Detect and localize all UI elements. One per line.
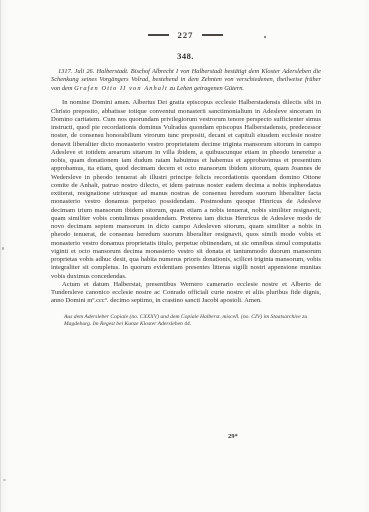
page-number: 227 [178,30,194,40]
charter-entry-number: 348. [1,51,369,61]
text-column: 1317. Juli 26. Halberstadt. Bischof Albr… [1,68,369,328]
regest-text-after: zu Lehen getragenen Gütern. [168,85,244,92]
page-number-rule-left [148,34,169,35]
regest-summary: 1317. Juli 26. Halberstadt. Bischof Albr… [51,68,321,93]
scan-ink-speck [264,36,266,38]
page-number-rule-right [202,34,223,35]
scanned-book-page: 227 348. 1317. Juli 26. Halberstadt. Bis… [0,0,369,512]
scan-edge-speck [3,479,6,481]
scan-edge-speck [2,247,4,250]
regest-emphasized-name: Grafen Otto II von Anhalt [74,85,168,92]
charter-body-paragraph: In nomine Domini amen. Albertus Dei grat… [51,99,321,281]
printer-signature-mark: 29* [228,433,238,440]
charter-datum-paragraph: Actum et datum Halberstat, presentibus W… [51,281,321,306]
page-header: 227 [1,0,369,40]
archival-source-note: Aus dem Adersleber Copiale (no. CXXXV) u… [51,314,321,328]
